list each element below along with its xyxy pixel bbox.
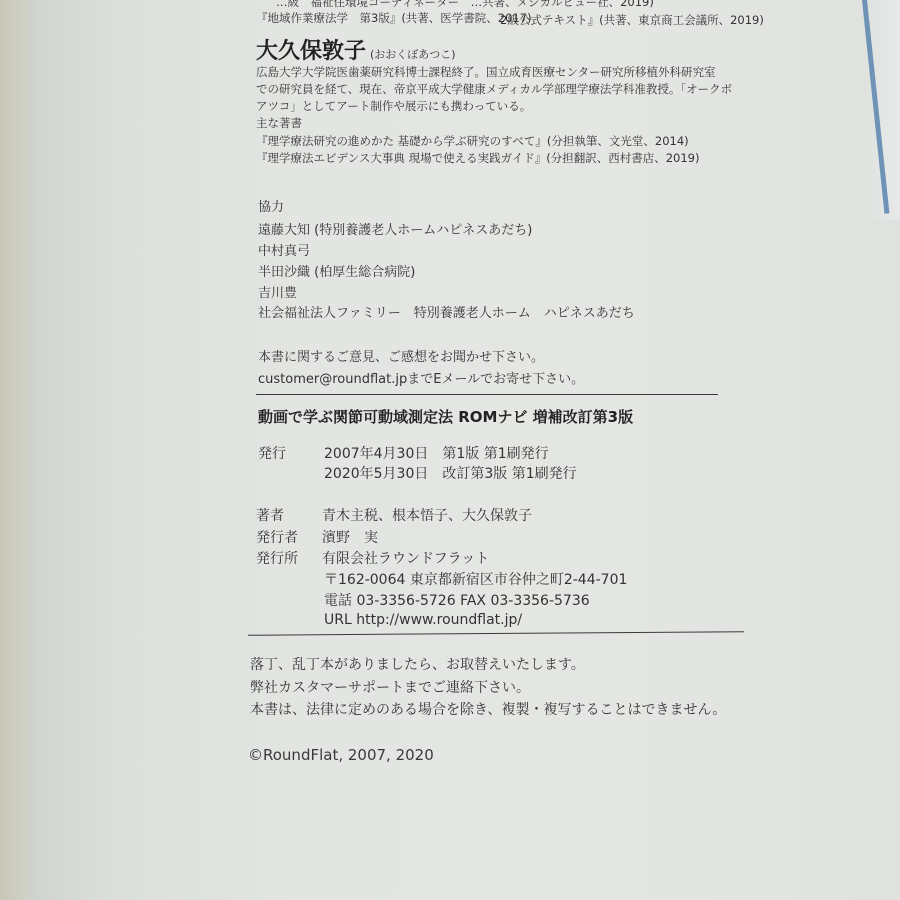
author-label: 著者 [256, 505, 322, 525]
author-name-heading: 大久保敦子(おおくぼあつこ) [256, 34, 456, 65]
publisher-person-label: 発行者 [256, 527, 322, 547]
feedback-email-line: customer@roundflat.jpまでEメールでお寄せ下さい。 [258, 368, 584, 387]
prev-author-book-line: 『地域作業療法学 第3版』(共著、医学書院、2017) [256, 10, 532, 26]
author-bio-line: 広島大学大学院医歯薬研究科博士課程終了。国立成育医療センター研究所移植外科研究室 [256, 64, 716, 80]
cooperation-item: 社会福祉法人ファミリー 特別養護老人ホーム ハピネスあだち [258, 302, 635, 321]
authors: 青木主税、根本悟子、大久保敦子 [322, 508, 532, 524]
book-entry: 『理学療法研究の進めかた 基礎から学ぶ研究のすべて』(分担執筆、文光堂、2014… [256, 133, 689, 149]
feedback-line: 本書に関するご意見、ご感想をお聞かせ下さい。 [258, 346, 544, 365]
cooperation-item: 半田沙織 (柏厚生総合病院) [258, 261, 415, 280]
prev-author-book-extra: 2級公式テキスト』(共著、東京商工会議所、2019) [500, 12, 764, 28]
author-bio-line: アツコ」としてアート制作や展示にも携わっている。 [256, 98, 531, 114]
author-name: 大久保敦子 [256, 38, 366, 64]
cooperation-item: 中村真弓 [258, 240, 310, 259]
cooperation-item: 吉川豊 [258, 282, 297, 301]
publication-entry: 2020年5月30日 改訂第3版 第1刷発行 [324, 463, 577, 483]
notice-line: 弊社カスタマーサポートまでご連絡下さい。 [250, 677, 530, 697]
url: URL http://www.roundflat.jp/ [324, 612, 522, 628]
author-name-reading: (おおくぼあつこ) [370, 48, 456, 61]
copyright: ©RoundFlat, 2007, 2020 [248, 746, 434, 764]
cooperation-heading: 協力 [258, 196, 284, 215]
publisher: 有限会社ラウンドフラット [322, 551, 489, 567]
notice-line: 落丁、乱丁本がありましたら、お取替えいたします。 [250, 654, 585, 674]
author-row: 著者青木主税、根本悟子、大久保敦子 [256, 505, 532, 525]
cooperation-item: 遠藤大知 (特別養護老人ホームハピネスあだち) [258, 219, 532, 238]
publisher-row: 発行所有限会社ラウンドフラット [256, 548, 489, 568]
publisher-label: 発行所 [256, 548, 322, 568]
author-bio-line: での研究員を経て、現在、帝京平成大学健康メディカル学部理学療法学科准教授。「オー… [256, 81, 732, 97]
publication-entry: 2007年4月30日 第1版 第1刷発行 [324, 446, 549, 462]
publication-row: 発行2007年4月30日 第1版 第1刷発行 [258, 443, 549, 463]
divider [256, 394, 718, 395]
address: 〒162-0064 東京都新宿区市谷仲之町2-44-701 [324, 569, 627, 589]
book-page: …級 福祉住環境コーディネーター …共著、メジカルビュー社、2019) 『地域作… [0, 0, 900, 900]
publisher-person-row: 発行者濱野 実 [256, 527, 378, 547]
phone-fax: 電話 03-3356-5726 FAX 03-3356-5736 [324, 590, 590, 610]
divider [248, 631, 744, 635]
notice-line: 本書は、法律に定めのある場合を除き、複製・複写することはできません。 [250, 699, 726, 719]
book-entry: 『理学療法エビデンス大事典 現場で使える実践ガイド』(分担翻訳、西村書店、201… [256, 150, 699, 166]
book-title: 動画で学ぶ関節可動域測定法 ROMナビ 増補改訂第3版 [258, 406, 633, 427]
prev-author-book-line: …級 福祉住環境コーディネーター …共著、メジカルビュー社、2019) [276, 0, 654, 10]
publication-label: 発行 [258, 443, 324, 463]
books-heading: 主な著書 [256, 115, 302, 131]
publisher-person: 濱野 実 [322, 530, 378, 546]
page-gutter-shadow [0, 0, 30, 900]
